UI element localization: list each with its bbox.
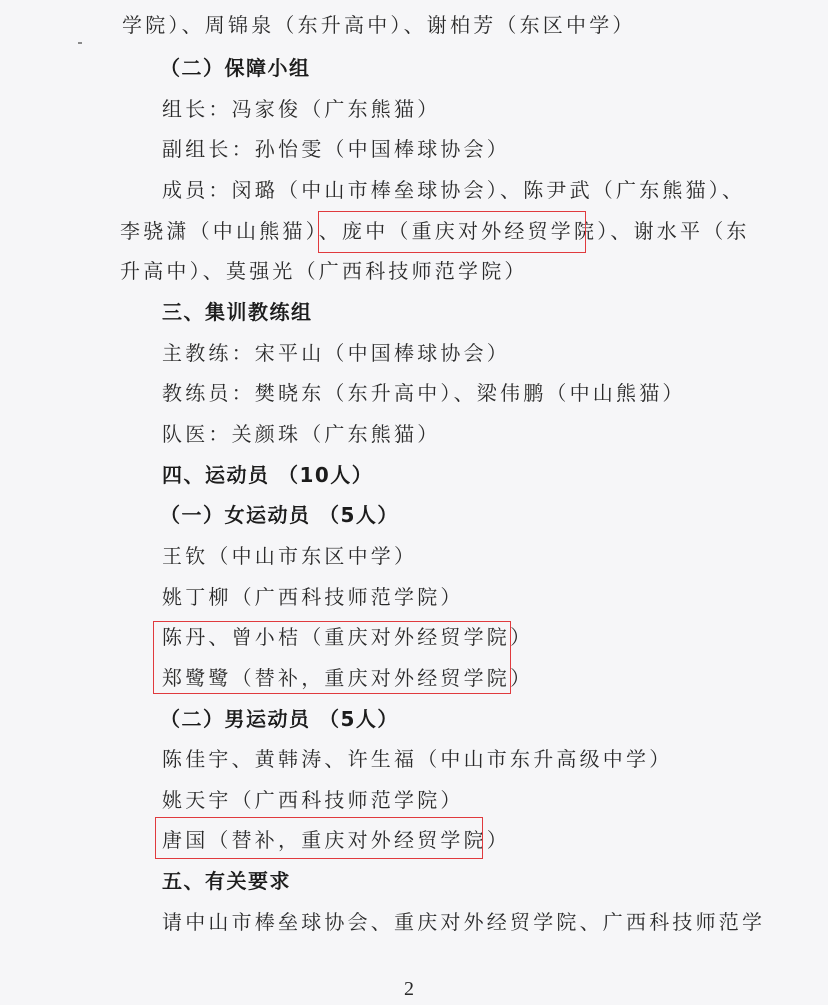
highlight-box bbox=[155, 817, 483, 859]
text-line-members-cont2: 升高中）、莫强光（广西科技师范学院） bbox=[120, 258, 528, 284]
text-line-head-coach: 主教练：宋平山（中国棒球协会） bbox=[162, 340, 510, 366]
subheading-male-athletes: （二）男运动员 （5人） bbox=[160, 706, 399, 732]
scan-speck bbox=[78, 42, 82, 44]
athlete-entry: 姚丁柳（广西科技师范学院） bbox=[162, 584, 464, 610]
subheading-support-group: （二）保障小组 bbox=[160, 55, 311, 81]
text-line-leader: 组长：冯家俊（广东熊猫） bbox=[162, 96, 440, 122]
subheading-female-athletes: （一）女运动员 （5人） bbox=[160, 502, 399, 528]
page-number: 2 bbox=[404, 978, 414, 1001]
heading-athletes: 四、运动员 （10人） bbox=[162, 462, 373, 488]
highlight-box bbox=[318, 211, 586, 253]
text-line-team-doctor: 队医：关颜珠（广东熊猫） bbox=[162, 421, 440, 447]
text-line-requirements: 请中山市棒垒球协会、重庆对外经贸学院、广西科技师范学 bbox=[162, 909, 765, 935]
text-line-deputy-leader: 副组长：孙怡雯（中国棒球协会） bbox=[162, 136, 510, 162]
text-line-coaches: 教练员：樊晓东（东升高中）、梁伟鹏（中山熊猫） bbox=[162, 380, 686, 406]
heading-coaching-group: 三、集训教练组 bbox=[162, 299, 313, 325]
athlete-entry: 王钦（中山市东区中学） bbox=[162, 543, 417, 569]
text-line-continuation: 学院）、周锦泉（东升高中）、谢柏芳（东区中学） bbox=[122, 12, 636, 38]
text-line-members: 成员：闵璐（中山市棒垒球协会）、陈尹武（广东熊猫）、 bbox=[162, 177, 745, 203]
highlight-box bbox=[153, 621, 511, 694]
athlete-entry: 陈佳宇、黄韩涛、许生福（中山市东升高级中学） bbox=[162, 746, 672, 772]
athlete-entry: 姚天宇（广西科技师范学院） bbox=[162, 787, 464, 813]
heading-requirements: 五、有关要求 bbox=[162, 868, 291, 894]
